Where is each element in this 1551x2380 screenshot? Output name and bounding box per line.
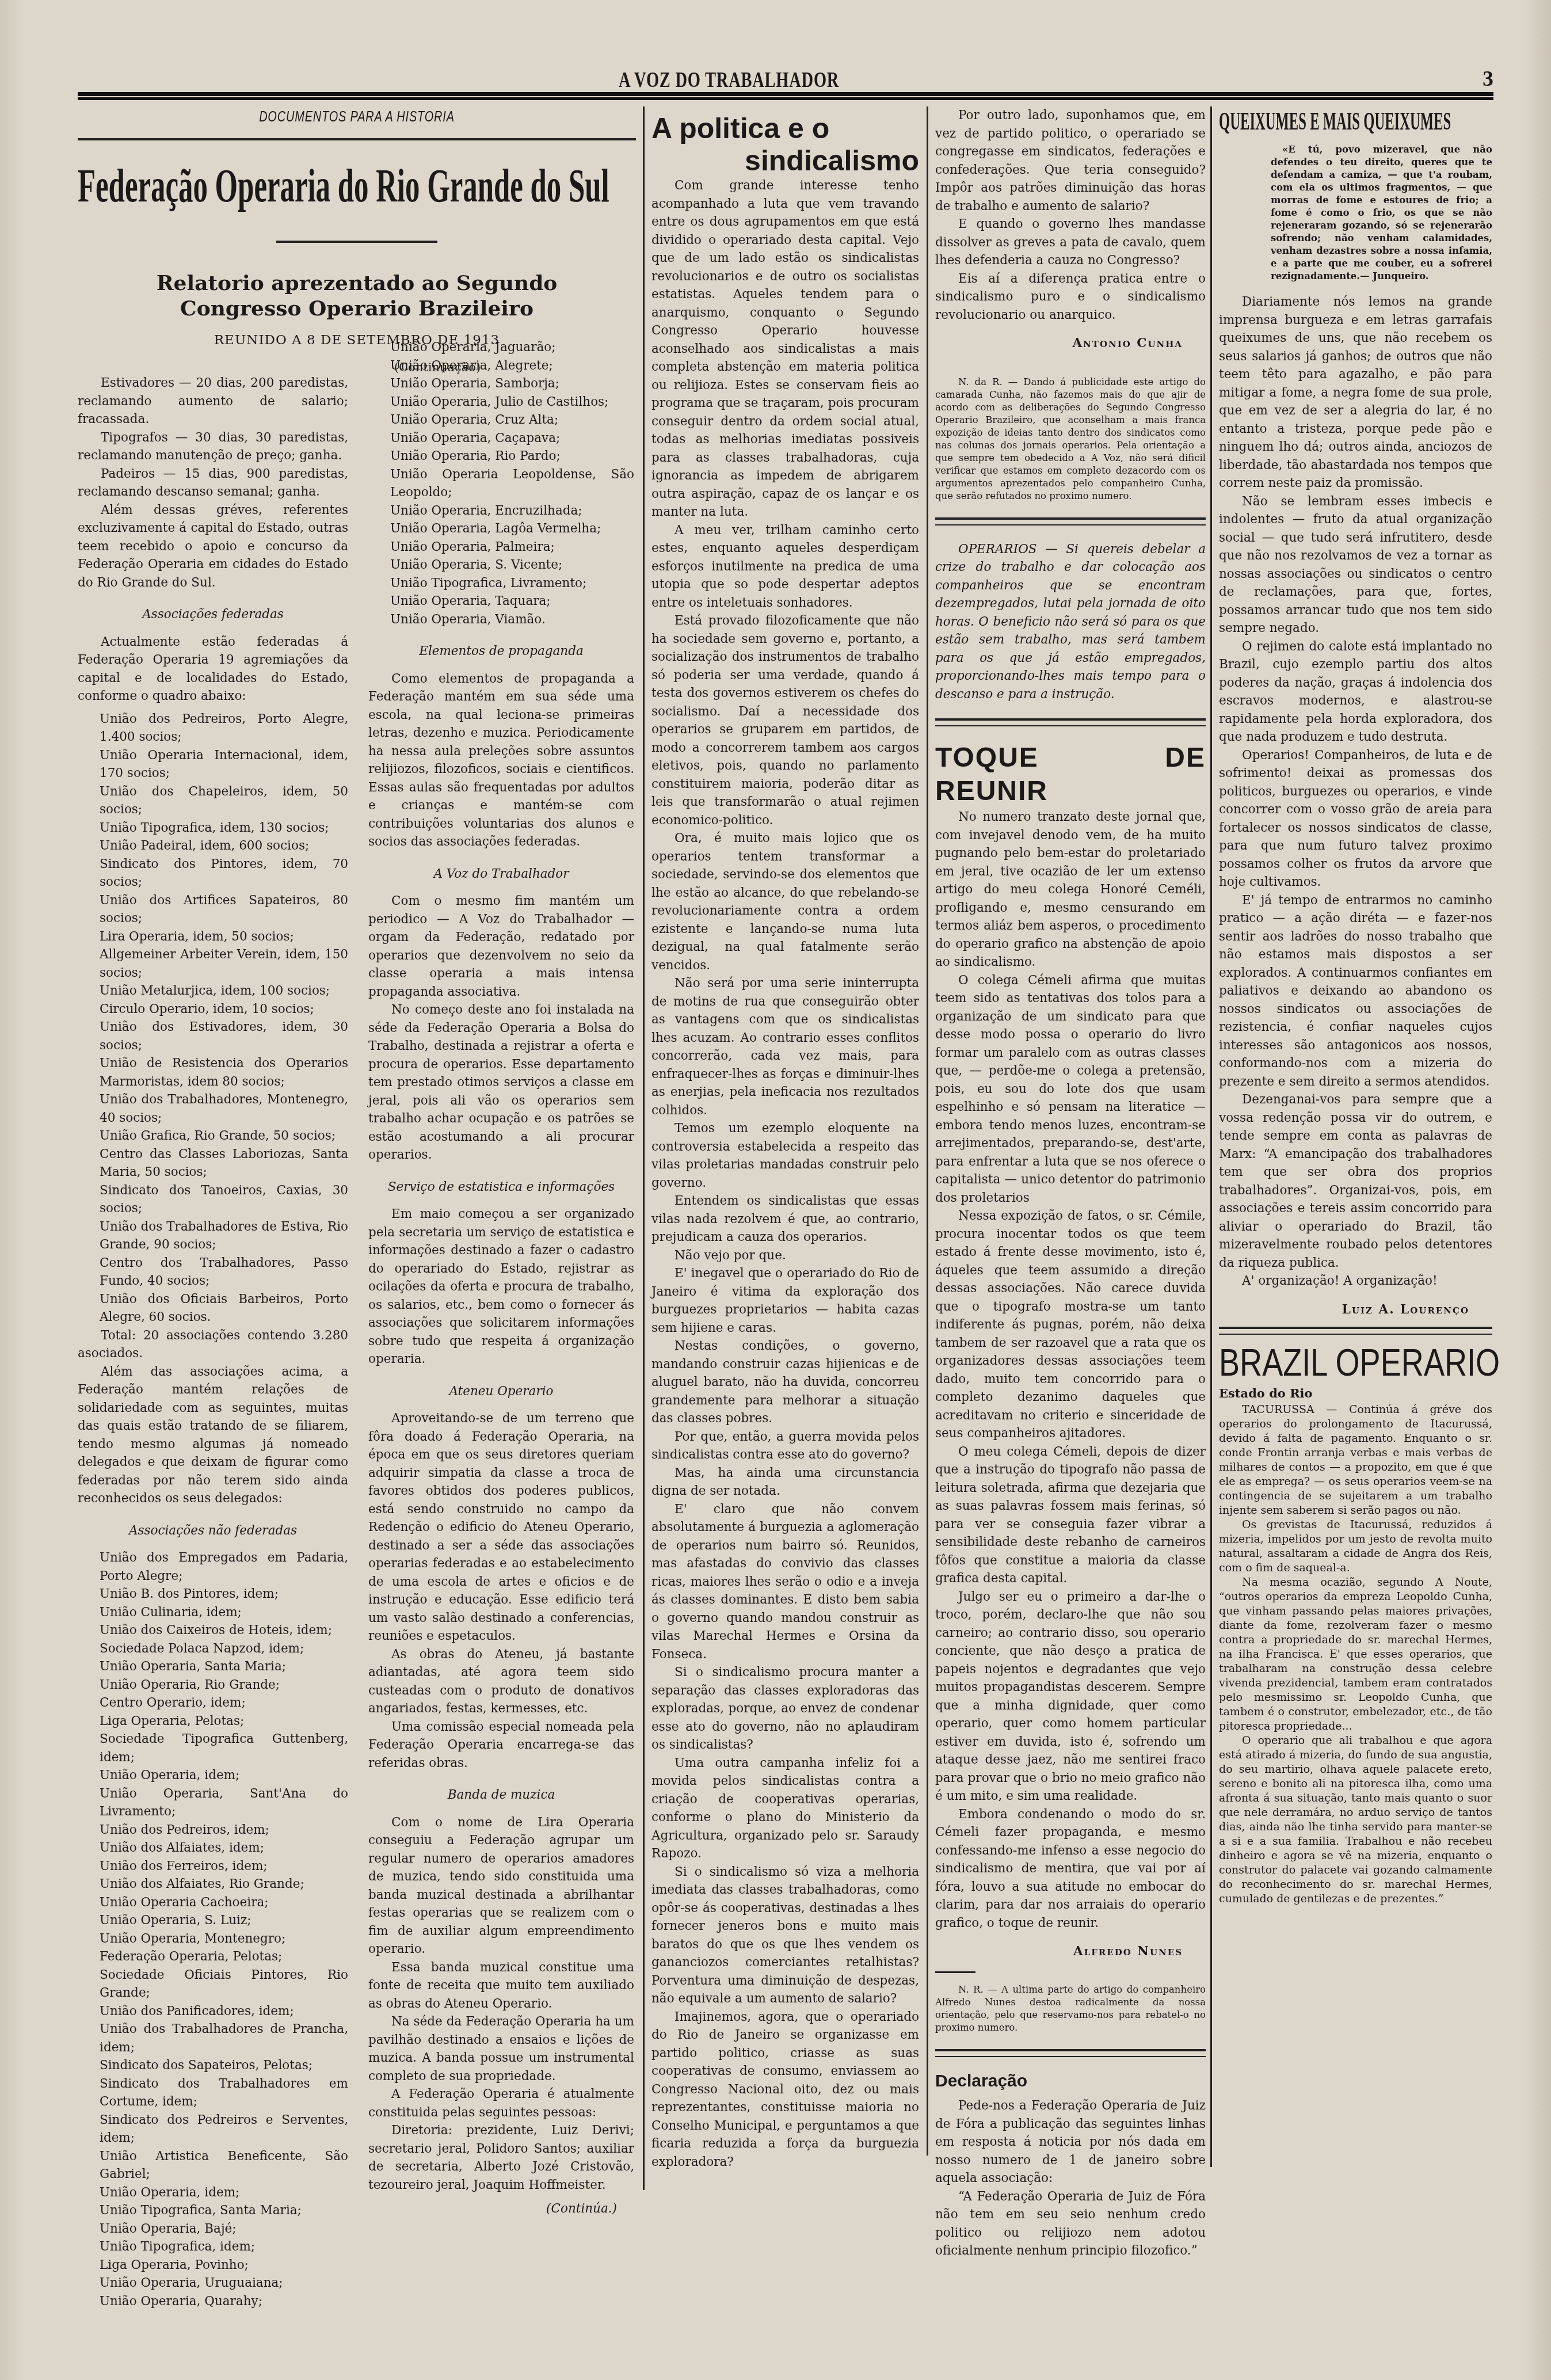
kicker: DOCUMENTOS PARA A HISTORIA [134,109,580,125]
paragraph: Entendem os sindicalistas que essas vila… [651,1192,919,1247]
epigraph: «E tú, povo mizeravel, que não defendes … [1271,143,1492,283]
article-body: Diariamente nós lemos na grande imprensa… [1219,293,1492,1290]
paragraph: No começo deste ano foi instalada na séd… [368,1001,634,1164]
paragraph: Com grande interesse tenho acompanhado a… [651,177,919,521]
list-item: União Tipografica, idem, 130 socios; [78,819,348,837]
list-item: Sindicato dos Pedreiros e Serventes, ide… [78,2111,348,2147]
list-item: Sociedade Oficiais Pintores, Rio Grande; [78,1966,348,2002]
list-item: União dos Chapeleiros, idem, 50 socios; [78,783,348,819]
list-item: União Operaria, Sant'Ana do Livramento; [78,1785,348,1821]
paragraph: Em maio começou a ser organizado pela se… [368,1205,634,1369]
paragraph: Padeiros — 15 dias, 900 paredistas, recl… [78,465,348,501]
non-federated-associations-list-continued: União Operaria, Jaguarão;União Operaria,… [368,338,634,629]
list-item: União dos Trabalhadores de Prancha, idem… [78,2020,348,2057]
list-item: União Operaria, Viamão. [368,611,634,629]
section-heading: Associações não federadas [78,1522,348,1540]
editor-note: N. R. — A ultima parte do artigo do comp… [935,1983,1206,2034]
headline: A politica e o sindicalismo [651,112,919,177]
list-item: União Operaria, Rio Pardo; [368,447,634,466]
section-heading: A Voz do Trabalhador [368,865,634,884]
list-item: Centro dos Trabalhadores, Passo Fundo, 4… [78,1254,348,1290]
headline-line-1: A politica e o [651,112,919,144]
paragraph: Por que, então, a guerra movida pelos si… [651,1428,919,1464]
headline: Declaração [935,2072,1206,2090]
federated-associations-list: União dos Pedreiros, Porto Alegre, 1.400… [78,710,348,1327]
newspaper-title: A VOZ DO TRABALHADOR [619,67,839,93]
section-heading: Estado do Rio [1219,1384,1492,1403]
article-body: No numero tranzato deste jornal que, com… [935,808,1206,1932]
paragraph: Mas, ha ainda uma circunstancia digna de… [651,1464,919,1501]
list-item: União dos Caixeiros de Hoteis, idem; [78,1621,348,1640]
list-item: Centro Operario, idem; [78,1694,348,1712]
section-heading: Serviço de estatistica e informações [368,1178,634,1197]
list-item: União Operaria, Palmeira; [368,538,634,557]
list-item: União Operaria, Encruzilhada; [368,502,634,520]
paragraph: Na séde da Federação Operaria ha um pavi… [368,2013,634,2085]
article-body: TACURUSSA — Continúa á gréve dos operari… [1219,1403,1492,1906]
list-item: Liga Operaria, Pelotas; [78,1712,348,1731]
list-item: União dos Oficiais Barbeiros, Porto Aleg… [78,1290,348,1327]
list-item: Sociedade Polaca Napzod, idem; [78,1640,348,1658]
list-item: Sindicato dos Tanoeiros, Caxias, 30 soci… [78,1182,348,1218]
paragraph: O meu colega Cémeli, depois de dizer que… [935,1443,1206,1588]
paragraph: Estivadores — 20 dias, 200 paredistas, r… [78,374,348,429]
paragraph: Diretoria: prezidente, Luiz Derivi; secr… [368,2122,634,2194]
total-line: Total: 20 associações contendo 3.280 aso… [78,1327,348,1363]
paragraph: Além dessas gréves, referentes excluziva… [78,501,348,592]
paragraph: Dezenganai-vos para sempre que a vossa r… [1219,1091,1492,1272]
paragraph: No numero tranzato deste jornal que, com… [935,808,1206,972]
paragraph: E' inegavel que o operariado do Rio de J… [651,1265,919,1337]
paragraph: A meu ver, trilham caminho certo estes, … [651,521,919,612]
paragraph: E' claro que não convem absolutamente á … [651,1501,919,1664]
page-number: 3 [1483,66,1493,92]
list-item: União Metalurjica, idem, 100 socios; [78,982,348,1000]
paragraph: E quando o governo lhes mandasse dissolv… [935,215,1206,270]
paragraph: Imajinemos, agora, que o operariado do R… [651,2008,919,2172]
section-heading: Banda de muzica [368,1786,634,1804]
list-item: União Operaria, Quarahy; [78,2293,348,2311]
paragraph: O colega Cémeli afirma que muitas teem s… [935,972,1206,1208]
list-item: Federação Operaria, Pelotas; [78,1948,348,1966]
paragraph: E' já tempo de entrarmos no caminho prat… [1219,892,1492,1091]
masthead-rule [78,92,1493,100]
operarios-notice: OPERARIOS — Si quereis debelar a crize d… [935,540,1206,704]
list-item: União de Resistencia dos Operarios Marmo… [78,1054,348,1091]
section-rule [935,2049,1206,2057]
list-item: União dos Alfaiates, Rio Grande; [78,1875,348,1894]
paragraph: Si o sindicalismo procura manter a separ… [651,1663,919,1754]
paragraph: O rejimen do calote está implantado no B… [1219,638,1492,747]
divider [935,1971,975,1973]
list-item: Circulo Operario, idem, 10 socios; [78,1000,348,1019]
headline: QUEIXUMES E MAIS QUEIXUMES [1219,106,1493,136]
paragraph: Os grevistas de Itacurussá, reduzidos á … [1219,1518,1492,1575]
list-item: Centro das Classes Laboriozas, Santa Mar… [78,1145,348,1182]
paragraph: Na mesma ocazião, segundo A Noute, “outr… [1219,1575,1492,1734]
paragraph: Por outro lado, suponhamos que, em vez d… [935,106,1206,215]
author-signature: Antonio Cunha [935,334,1183,353]
list-item: União Operaria Internacional, idem, 170 … [78,747,348,783]
paragraph: Não será por uma serie ininterrupta de m… [651,974,919,1119]
paragraph: Eis aí a diferença pratica entre o sindi… [935,270,1206,325]
subhead: Relatorio aprezentado ao Segundo Congres… [78,271,636,321]
paragraph: Está provado filozoficamente que não ha … [651,612,919,829]
list-item: União dos Panificadores, idem; [78,2002,348,2021]
list-item: Sindicato dos Sapateiros, Pelotas; [78,2057,348,2075]
paragraph: As obras do Ateneu, já bastante adiantad… [368,1646,634,1718]
divider [276,241,437,243]
paragraph: TACURUSSA — Continúa á gréve dos operari… [1219,1403,1492,1518]
paragraph: A Federação Operaria é atualmente consti… [368,2085,634,2122]
paragraph: Actualmente estão federadas á Federação … [78,633,348,706]
federacao-header: DOCUMENTOS PARA A HISTORIA Federação Ope… [78,106,636,374]
list-item: União Padeiral, idem, 600 socios; [78,837,348,855]
list-item: União Operaria, Jaguarão; [368,338,634,357]
list-item: União dos Empregados em Padaria, Porto A… [78,1549,348,1585]
list-item: União dos Pedreiros, idem; [78,1821,348,1840]
list-item: União Tipografica, Santa Maria; [78,2202,348,2220]
column-2: União Operaria, Jaguarão;União Operaria,… [368,338,634,2218]
list-item: União B. dos Pintores, idem; [78,1585,348,1604]
paragraph: Tipografos — 30 dias, 30 paredistas, rec… [78,429,348,465]
section-rule [935,718,1206,726]
section-rule [1219,1327,1492,1335]
quoted-paragraph: “A Federação Operaria de Juiz de Fóra nã… [935,2188,1206,2260]
paragraph: Além das associações acima, a Federação … [78,1363,348,1508]
list-item: União Operaria, Bajé; [78,2220,348,2238]
paragraph: A' organização! A organização! [1219,1272,1492,1290]
headline: BRAZIL OPERARIO [1219,1341,1483,1384]
list-item: União Culinaria, idem; [78,1604,348,1622]
column-1: Estivadores — 20 dias, 200 paredistas, r… [78,374,348,2310]
list-item: União dos Trabalhadores, Montenegro, 40 … [78,1091,348,1127]
article-body: Com grande interesse tenho acompanhado a… [651,177,919,2171]
paragraph: Julgo ser eu o primeiro a dar-lhe o troc… [935,1588,1206,1806]
paragraph: Não se lembram esses imbecis e indolente… [1219,493,1492,638]
paragraph: Como elementos de propaganda a Federação… [368,670,634,851]
paragraph: Si o sindicalismo só viza a melhoria ime… [651,1863,919,2008]
list-item: União dos Estivadores, idem, 30 socios; [78,1018,348,1054]
list-item: União Operaria, S. Vicente; [368,556,634,574]
list-item: União Tipografica, idem; [78,2238,348,2256]
list-item: União dos Pedreiros, Porto Alegre, 1.400… [78,710,348,747]
kicker-rule [78,138,636,140]
list-item: União dos Alfaiates, idem; [78,1839,348,1857]
column-divider [1210,106,1212,2167]
list-item: União Grafica, Rio Grande, 50 socios; [78,1127,348,1145]
list-item: União Artistica Beneficente, São Gabriel… [78,2147,348,2184]
list-item: Liga Operaria, Povinho; [78,2256,348,2275]
author-signature: Alfredo Nunes [935,1943,1183,1961]
list-item: União Operaria, Julio de Castilhos; [368,393,634,412]
list-item: Sociedade Tipografica Guttenberg, idem; [78,1730,348,1766]
column-divider [643,106,645,2190]
paragraph: Com o mesmo fim mantém um periodico — A … [368,892,634,1001]
list-item: União Operaria, Alegrete; [368,357,634,375]
list-item: União Operaria Cachoeira; [78,1894,348,1912]
section-heading: Associações federadas [78,606,348,624]
paragraph: Operarios! Companheiros, de luta e de so… [1219,747,1492,892]
list-item: União Operaria, idem; [78,1766,348,1785]
paragraph: O operario que ali trabalhou e que agora… [1219,1734,1492,1906]
column-4: Por outro lado, suponhamos que, em vez d… [935,106,1206,2260]
list-item: União Operaria, Cruz Alta; [368,411,634,429]
continued-note: (Continúa.) [368,2200,617,2218]
list-item: União Operaria, Uruguaiana; [78,2274,348,2293]
column-divider [927,106,928,2156]
editor-note: N. da R. — Dando á publicidade este arti… [935,376,1206,502]
list-item: União dos Ferreiros, idem; [78,1857,348,1876]
headline-line-2: sindicalismo [651,144,919,177]
headline: TOQUE DE REUNIR [935,741,1206,808]
paragraph: Com o nome de Lira Operaria conseguiu a … [368,1814,634,1959]
paragraph: Aproveitando-se de um terreno que fôra d… [368,1410,634,1646]
list-item: Lira Operaria, idem, 50 socios; [78,928,348,946]
paragraph: Essa banda muzical constitue uma fonte d… [368,1959,634,2013]
list-item: União Operaria, Montenegro; [78,1930,348,1948]
list-item: União Operaria, S. Luiz; [78,1911,348,1930]
list-item: União dos Trabalhadores de Estiva, Rio G… [78,1218,348,1254]
list-item: Allgemeiner Arbeiter Verein, idem, 150 s… [78,946,348,982]
list-item: União Operaria, idem; [78,2184,348,2202]
list-item: União Operaria, Taquara; [368,592,634,611]
paragraph: Ora, é muito mais lojico que os operario… [651,829,919,974]
paragraph: Pede-nos a Federação Operaria de Juiz de… [935,2097,1206,2188]
section-heading: Ateneu Operario [368,1383,634,1401]
section-heading: Elementos de propaganda [368,642,634,661]
section-rule [935,517,1206,525]
list-item: União Operaria Leopoldense, São Leopoldo… [368,466,634,502]
list-item: Sindicato dos Trabalhadores em Cortume, … [78,2075,348,2111]
paragraph: Nestas condições, o governo, mandando co… [651,1337,919,1428]
paragraph: Temos um ezemplo eloquente na controvers… [651,1119,919,1192]
author-signature: Luiz A. Lourenço [1219,1301,1469,1319]
headline: Federação Operaria do Rio Grande do Sul [78,160,634,212]
list-item: União Operaria, Lagôa Vermelha; [368,520,634,538]
paragraph: Uma outra campanha infeliz foi a movida … [651,1754,919,1863]
paragraph: Uma comissão especial nomeada pela Feder… [368,1718,634,1773]
article-body-continued: Por outro lado, suponhamos que, em vez d… [935,106,1206,324]
list-item: União Operaria, Samborja; [368,375,634,393]
paragraph: Não vejo por que. [651,1247,919,1265]
list-item: União Operaria, Caçapava; [368,429,634,448]
newspaper-page: A VOZ DO TRABALHADOR 3 DOCUMENTOS PARA A… [0,0,1551,2380]
paragraph: Embora condenando o modo do sr. Cémeli f… [935,1806,1206,1933]
non-federated-associations-list: União dos Empregados em Padaria, Porto A… [78,1549,348,2310]
paragraph: Nessa expozição de fatos, o sr. Cémile, … [935,1207,1206,1443]
list-item: Sindicato dos Pintores, idem, 70 socios; [78,855,348,892]
column-3: A politica e o sindicalismo Com grande i… [651,112,919,2171]
list-item: União Operaria, Rio Grande; [78,1676,348,1694]
list-item: União Operaria, Santa Maria; [78,1658,348,1676]
list-item: União dos Artifices Sapateiros, 80 socio… [78,892,348,928]
list-item: União Tipografica, Livramento; [368,574,634,593]
paragraph: Diariamente nós lemos na grande imprensa… [1219,293,1492,493]
column-5: QUEIXUMES E MAIS QUEIXUMES «E tú, povo m… [1219,106,1492,1906]
